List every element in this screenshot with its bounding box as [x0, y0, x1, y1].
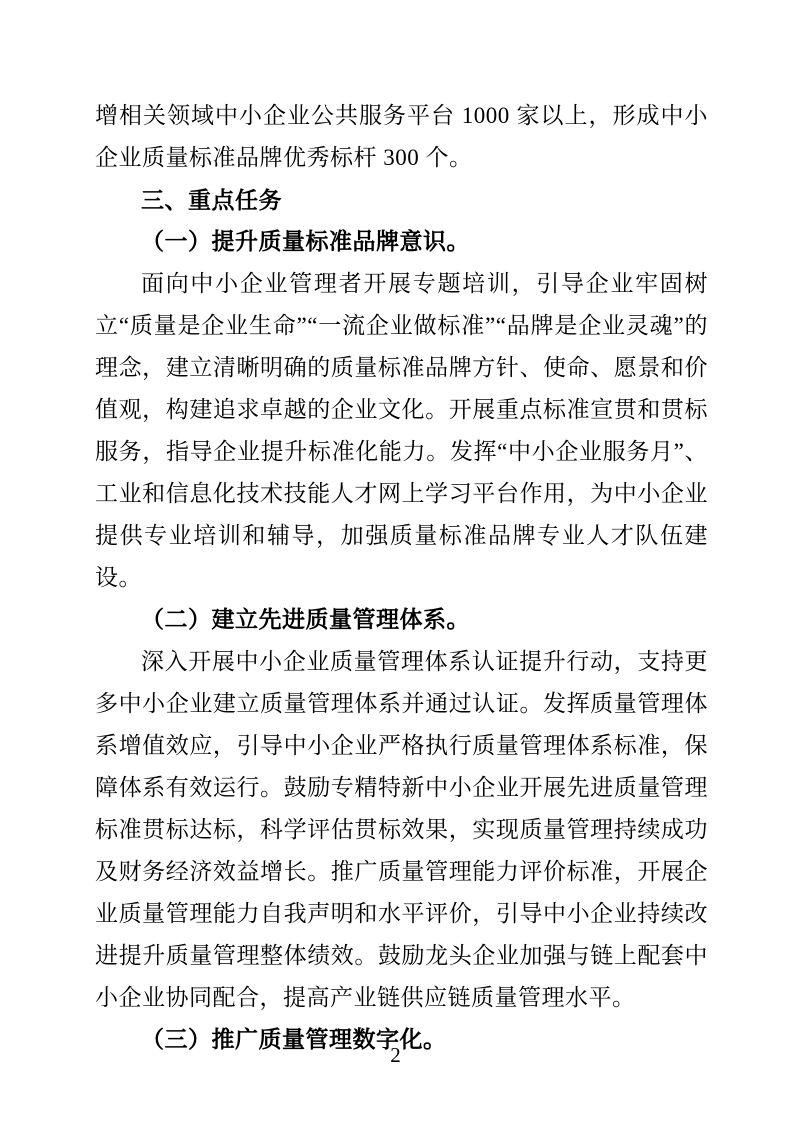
paragraph-quality-brand-awareness: 面向中小企业管理者开展专题培训，引导企业牢固树立“质量是企业生命”“一流企业做标… [95, 263, 708, 599]
paragraph-continuation: 增相关领域中小企业公共服务平台 1000 家以上，形成中小企业质量标准品牌优秀标… [95, 95, 708, 179]
section-heading-key-tasks: 三、重点任务 [95, 179, 708, 221]
subsection-heading-1: （一）提升质量标准品牌意识。 [95, 221, 708, 263]
document-body: 增相关领域中小企业公共服务平台 1000 家以上，形成中小企业质量标准品牌优秀标… [95, 95, 708, 1061]
document-page: 增相关领域中小企业公共服务平台 1000 家以上，形成中小企业质量标准品牌优秀标… [0, 0, 791, 1126]
page-number: 2 [0, 1042, 791, 1068]
paragraph-quality-management-system: 深入开展中小企业质量管理体系认证提升行动，支持更多中小企业建立质量管理体系并通过… [95, 641, 708, 1019]
subsection-heading-2: （二）建立先进质量管理体系。 [95, 599, 708, 641]
